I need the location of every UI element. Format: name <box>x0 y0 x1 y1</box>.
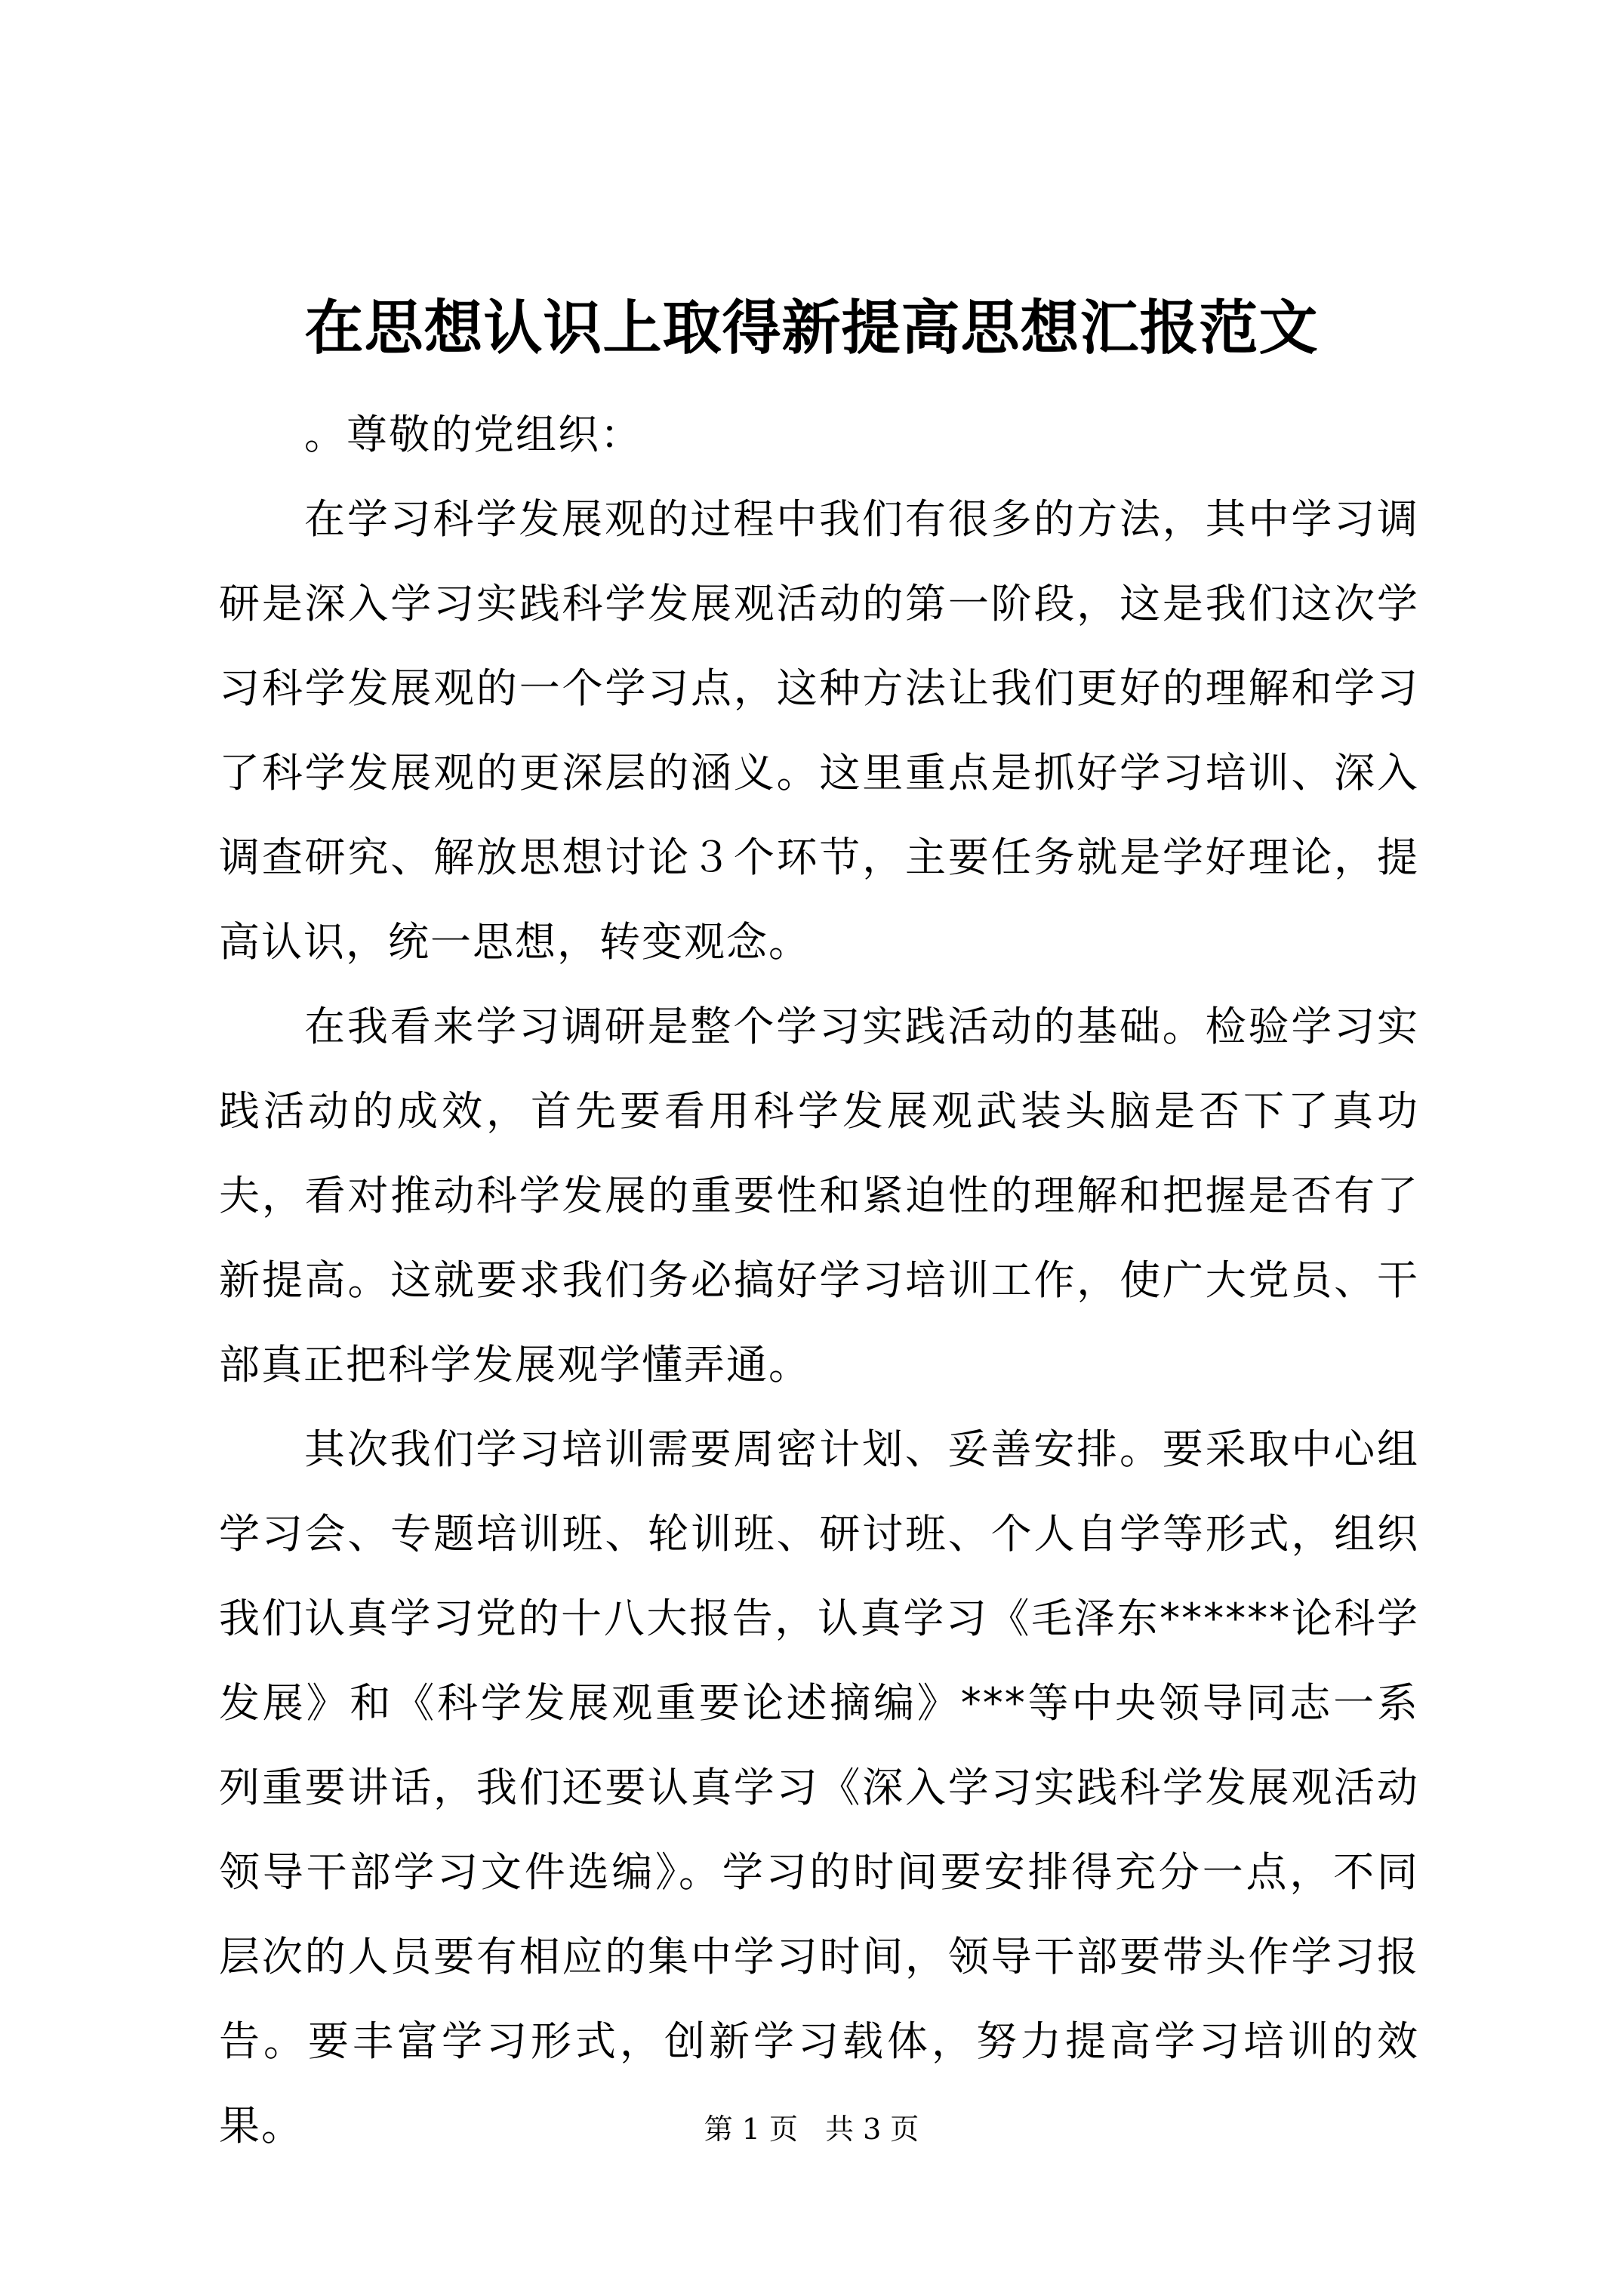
total-label-suffix: 页 <box>890 2113 919 2146</box>
page-label-prefix: 第 <box>704 2113 733 2146</box>
page-footer: 第1页 共3页 <box>0 2110 1623 2148</box>
page-indicator: 第1页 <box>700 2113 802 2146</box>
current-page-number: 1 <box>742 2113 760 2146</box>
total-pages-indicator: 共3页 <box>821 2113 923 2146</box>
salutation: 。尊敬的党组织： <box>219 393 1419 477</box>
total-page-count: 3 <box>863 2113 881 2146</box>
paragraph-3: 其次我们学习培训需要周密计划、妥善安排。要采取中心组学习会、专题培训班、轮训班、… <box>219 1407 1419 2168</box>
total-label-prefix: 共 <box>825 2113 854 2146</box>
paragraph-2: 在我看来学习调研是整个学习实践活动的基础。检验学习实践活动的成效，首先要看用科学… <box>219 985 1419 1407</box>
document-title: 在思想认识上取得新提高思想汇报范文 <box>0 291 1623 366</box>
page-label-suffix: 页 <box>769 2113 798 2146</box>
paragraph-1: 在学习科学发展观的过程中我们有很多的方法，其中学习调研是深入学习实践科学发展观活… <box>219 477 1419 985</box>
document-page: 在思想认识上取得新提高思想汇报范文 。尊敬的党组织： 在学习科学发展观的过程中我… <box>0 0 1623 2296</box>
document-body: 。尊敬的党组织： 在学习科学发展观的过程中我们有很多的方法，其中学习调研是深入学… <box>219 393 1419 2168</box>
